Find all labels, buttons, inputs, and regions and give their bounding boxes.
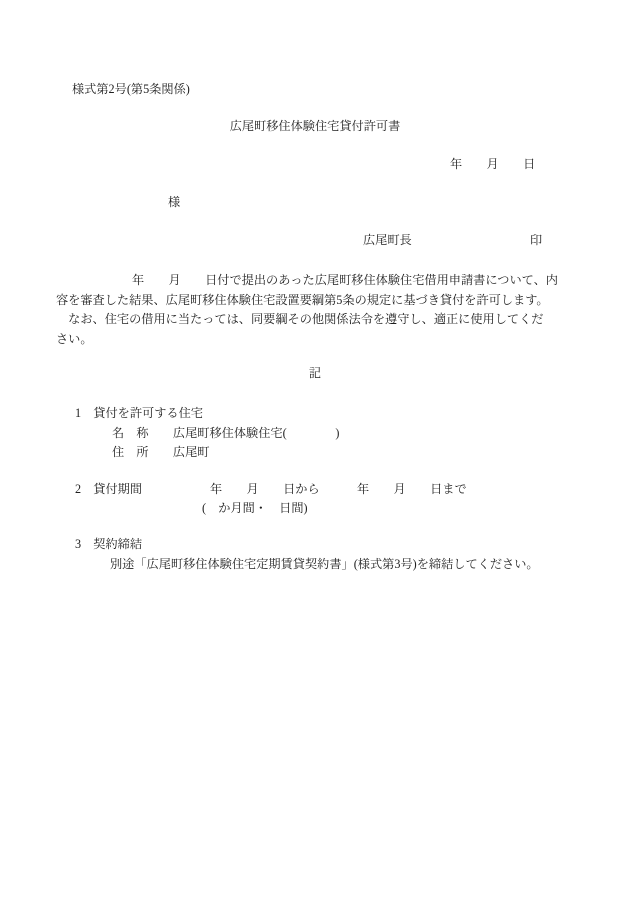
section-3-heading: 3 契約締結 — [75, 537, 142, 552]
section-1-heading: 1 貸付を許可する住宅 — [75, 406, 203, 421]
permit-document-page: 様式第2号(第5条関係) 広尾町移住体験住宅貸付許可書 年 月 日 様 広尾町長… — [0, 0, 630, 916]
form-number: 様式第2号(第5条関係) — [72, 82, 190, 97]
issuer-seal-mark: 印 — [530, 233, 542, 248]
section-1-name-row: 名 称 広尾町移住体験住宅( ) — [112, 426, 340, 441]
section-2-heading: 2 貸付期間 — [75, 482, 142, 497]
body-line-3: なお、住宅の借用に当たっては、同要綱その他関係法令を遵守し、適正に使用してくだ — [56, 312, 544, 327]
section-2-period-from-blank: 年 月 日から — [210, 482, 320, 497]
section-2-period-to-blank: 年 月 日まで — [357, 482, 467, 497]
section-1-address-row: 住 所 広尾町 — [112, 445, 210, 460]
body-line-1: 年 月 日付で提出のあった広尾町移住体験住宅借用申請書について、内 — [132, 273, 558, 288]
document-title: 広尾町移住体験住宅貸付許可書 — [0, 119, 630, 134]
section-2-duration-blank: ( か月間・ 日間) — [202, 501, 308, 516]
section-3-instruction: 別途「広尾町移住体験住宅定期賃貸契約書」(様式第3号)を締結してください。 — [110, 557, 539, 572]
issuer-mayor-name: 広尾町長 — [363, 233, 412, 248]
body-line-4: さい。 — [56, 332, 93, 347]
addressee-honorific: 様 — [168, 195, 180, 210]
record-marker: 記 — [0, 366, 630, 381]
issue-date-blank: 年 月 日 — [450, 157, 535, 172]
body-line-2: 容を審査した結果、広尾町移住体験住宅設置要綱第5条の規定に基づき貸付を許可します… — [56, 293, 549, 308]
